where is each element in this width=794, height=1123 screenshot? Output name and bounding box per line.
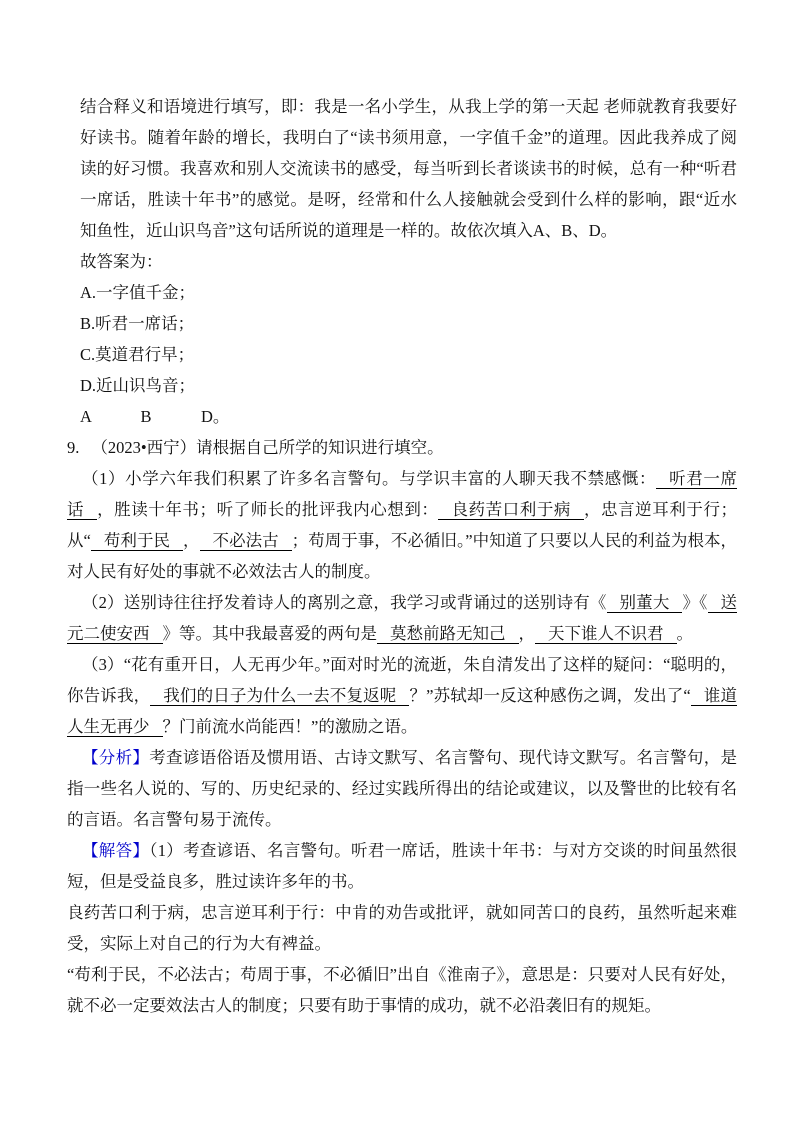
part1-text: （1）小学六年我们积累了许多名言警句。与学识丰富的人聊天我不禁感慨： <box>82 469 656 488</box>
answer-blank: 别董大 <box>607 593 683 613</box>
solution-paragraph-2: 良药苦口利于病，忠言逆耳利于行：中肯的劝告或批评，就如同苦口的良药，虽然听起来难… <box>67 897 737 959</box>
solution-paragraph: 【解答】（1）考查谚语、名言警句。听君一席话，胜读十年书：与对方交谈的时间虽然很… <box>67 835 737 897</box>
question-9-stem: 9.（2023•西宁）请根据自己所学的知识进行填空。 <box>67 432 737 463</box>
part2-text: 》《 <box>682 593 707 612</box>
analysis-paragraph: 【分析】考查谚语俗语及惯用语、古诗文默写、名言警句、现代诗文默写。名言警句，是指… <box>67 742 737 835</box>
analysis-text: 考查谚语俗语及惯用语、古诗文默写、名言警句、现代诗文默写。名言警句，是指一些名人… <box>67 748 737 829</box>
question-number: 9. <box>67 438 79 457</box>
answer-blank: 良药苦口利于病 <box>438 500 584 520</box>
final-answer-line: A B D。 <box>80 401 737 432</box>
answer-blank: 苟利于民 <box>91 531 183 551</box>
option-d: D.近山识鸟音； <box>80 370 737 401</box>
answer-blank: 莫愁前路无知己 <box>377 624 519 644</box>
part1-text: ，胜读十年书；听了师长的批评我内心想到： <box>97 500 438 519</box>
answer-blank: 天下谁人不识君 <box>535 624 677 644</box>
option-a: A.一字值千金； <box>80 277 737 308</box>
analysis-label: 【分析】 <box>82 748 149 767</box>
part2-text: ， <box>519 624 536 643</box>
solution-label: 【解答】 <box>82 841 149 860</box>
q9-part2: （2）送别诗往往抒发着诗人的离别之意，我学习或背诵过的送别诗有《别董大》《送元二… <box>67 587 737 649</box>
part3-text: ？”苏轼却一反这种感伤之调，发出了“ <box>409 686 690 705</box>
option-b: B.听君一席话； <box>80 308 737 339</box>
part1-text: ， <box>183 531 200 550</box>
answer-blank: 我们的日子为什么一去不复返呢 <box>150 686 409 706</box>
part2-text: 。 <box>677 624 694 643</box>
q8-explanation-paragraph: 结合释义和语境进行填写，即：我是一名小学生，从我上学的第一天起 老师就教育我要好… <box>80 91 737 246</box>
answer-blank: 不必法古 <box>200 531 292 551</box>
option-c: C.莫道君行早； <box>80 339 737 370</box>
solution-text: （1）考查谚语、名言警句。听君一席话，胜读十年书：与对方交谈的时间虽然很短，但是… <box>67 841 737 891</box>
part2-text: 》等。其中我最喜爱的两句是 <box>163 624 378 643</box>
solution-paragraph-3: “苟利于民，不必法古；苟周于事，不必循旧”出自《淮南子》，意思是：只要对人民有好… <box>67 959 737 1021</box>
part2-text: （2）送别诗往往抒发着诗人的离别之意，我学习或背诵过的送别诗有《 <box>82 593 607 612</box>
q9-part3: （3）“花有重开日，人无再少年。”面对时光的流逝，朱自清发出了这样的疑问：“聪明… <box>67 649 737 742</box>
answer-intro: 故答案为： <box>80 246 737 277</box>
document-page: 结合释义和语境进行填写，即：我是一名小学生，从我上学的第一天起 老师就教育我要好… <box>0 0 794 1123</box>
q9-part1: （1）小学六年我们积累了许多名言警句。与学识丰富的人聊天我不禁感慨：听君一席话，… <box>67 463 737 587</box>
question-stem-text: （2023•西宁）请根据自己所学的知识进行填空。 <box>91 438 443 457</box>
part3-text: ？门前流水尚能西！”的激励之语。 <box>163 717 418 736</box>
